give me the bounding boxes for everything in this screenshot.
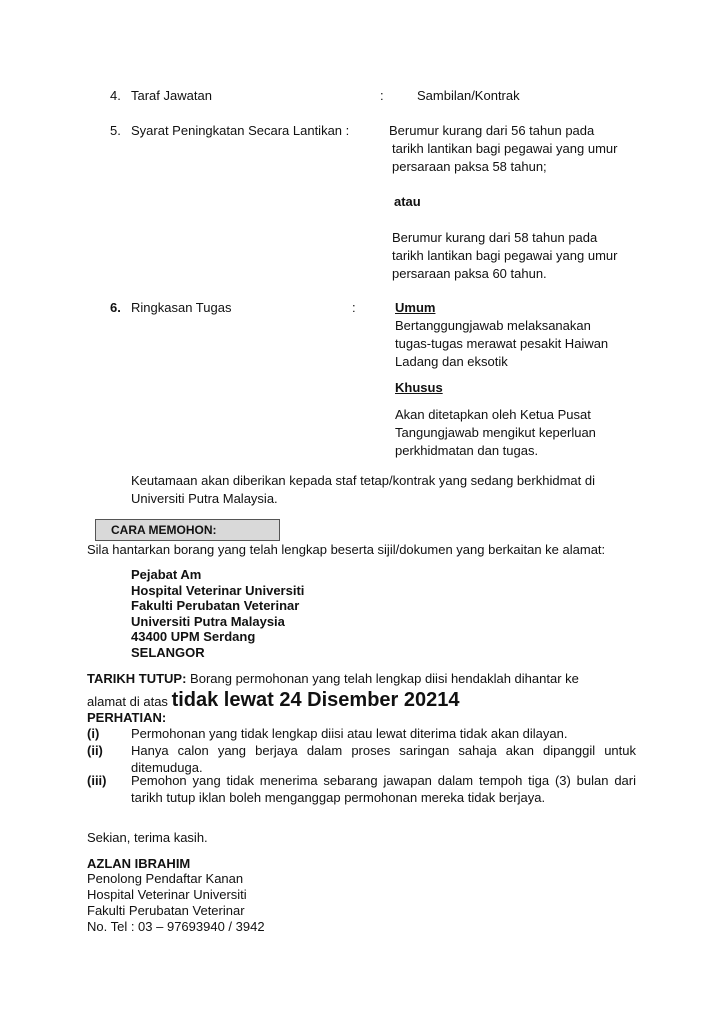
text-line: Tangungjawab mengikut keperluan [395,424,596,442]
specific-heading: Khusus [395,379,443,397]
text-line: perkhidmatan dan tugas. [395,442,596,460]
text-line: Hanya calon yang berjaya dalam proses sa… [131,742,636,759]
text-line: Hospital Veterinar Universiti [87,887,265,903]
item-6-label: Ringkasan Tugas [131,299,231,317]
text-line: Berumur kurang dari 56 tahun pada [389,122,617,140]
address-line: Pejabat Am [131,567,304,583]
apply-instruction: Sila hantarkan borang yang telah lengkap… [87,541,605,559]
closing-text-1: Borang permohonan yang telah lengkap dii… [190,671,579,686]
attention-num-1: (i) [87,725,99,743]
text-line: Akan ditetapkan oleh Ketua Pusat [395,406,596,424]
closing-deadline: tidak lewat 24 Disember 20214 [172,689,460,711]
text-line: Permohonan yang tidak lengkap diisi atau… [131,725,636,742]
item-5-value-2: Berumur kurang dari 58 tahun pada tarikh… [392,229,617,283]
address-line: SELANGOR [131,645,304,661]
text-line: Pemohon yang tidak menerima sebarang jaw… [131,772,636,789]
item-4-value: Sambilan/Kontrak [417,87,520,105]
address-line: 43400 UPM Serdang [131,629,304,645]
attention-point-2: Hanya calon yang berjaya dalam proses sa… [131,742,636,776]
address-block: Pejabat Am Hospital Veterinar Universiti… [131,567,304,660]
text-line: persaraan paksa 60 tahun. [392,265,617,283]
greeting: Sekian, terima kasih. [87,829,208,847]
address-line: Fakulti Perubatan Veterinar [131,598,304,614]
closing-label: TARIKH TUTUP: [87,671,186,686]
text-line: Keutamaan akan diberikan kepada staf tet… [131,472,595,490]
text-line: tarikh lantikan bagi pegawai yang umur [389,140,617,158]
signatory-details: Penolong Pendaftar Kanan Hospital Veteri… [87,871,265,935]
closing-text-2: alamat di atas [87,694,168,709]
text-line: Berumur kurang dari 58 tahun pada [392,229,617,247]
attention-num-3: (iii) [87,772,107,790]
item-4-separator: : [380,87,384,105]
text-line: No. Tel : 03 – 97693940 / 3942 [87,919,265,935]
attention-num-2: (ii) [87,742,103,760]
item-4-label: Taraf Jawatan [131,87,212,105]
text-line: tarikh tutup iklan boleh menganggap perm… [131,789,636,806]
text-line: persaraan paksa 58 tahun; [389,158,617,176]
text-line: tugas-tugas merawat pesakit Haiwan [395,335,608,353]
general-heading: Umum [395,299,435,317]
address-line: Hospital Veterinar Universiti [131,583,304,599]
how-to-apply-heading: CARA MEMOHON: [95,519,280,541]
item-5-value-1: Berumur kurang dari 56 tahun pada tarikh… [389,122,617,176]
item-5-label: Syarat Peningkatan Secara Lantikan : [131,122,349,140]
attention-point-3: Pemohon yang tidak menerima sebarang jaw… [131,772,636,806]
text-line: Fakulti Perubatan Veterinar [87,903,265,919]
item-6-number: 6. [110,299,121,317]
closing-line-1: TARIKH TUTUP: Borang permohonan yang tel… [87,670,579,688]
item-5-number: 5. [110,122,121,140]
attention-point-1: Permohonan yang tidak lengkap diisi atau… [131,725,636,742]
address-line: Universiti Putra Malaysia [131,614,304,630]
specific-duties: Akan ditetapkan oleh Ketua Pusat Tangung… [395,406,596,460]
item-6-separator: : [352,299,356,317]
priority-note: Keutamaan akan diberikan kepada staf tet… [131,472,595,508]
item-4-number: 4. [110,87,121,105]
text-line: Penolong Pendaftar Kanan [87,871,265,887]
text-line: Bertanggungjawab melaksanakan [395,317,608,335]
text-line: Universiti Putra Malaysia. [131,490,595,508]
general-duties: Bertanggungjawab melaksanakan tugas-tuga… [395,317,608,371]
item-5-or: atau [394,193,421,211]
text-line: tarikh lantikan bagi pegawai yang umur [392,247,617,265]
text-line: Ladang dan eksotik [395,353,608,371]
